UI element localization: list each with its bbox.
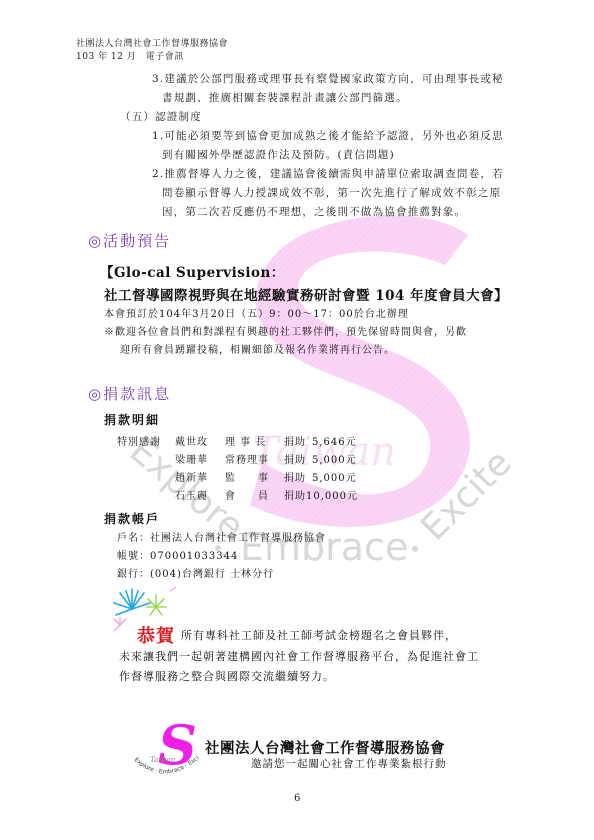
donation-thanks-label: 特別感謝	[117, 433, 161, 448]
donation-amount: 5,000元	[312, 469, 357, 484]
account-number: 帳號：070001033344	[117, 548, 238, 565]
events-section-title: ◎活動預告	[88, 230, 171, 251]
donor-role: 常務理事	[225, 451, 269, 466]
event-title-line1: 【Glo-cal Supervision：	[100, 261, 285, 281]
svg-text:Taiwan: Taiwan	[150, 756, 176, 764]
section5-title: （五）認證制度	[120, 108, 202, 126]
donor-name: 梁珊華	[175, 451, 208, 466]
item1-line2: 到有關國外學歷認證作法及預防。(責信問題)	[162, 146, 395, 164]
donation-details-title: 捐款明細	[104, 411, 160, 428]
document-page: 社團法人台灣社會工作督導服務協會 103 年 12 月 電子會訊 3.建議於公部…	[0, 0, 594, 840]
item2-line1: 2.推薦督導人力之後，建議協會後續需與申請單位索取調查問卷，若	[152, 165, 504, 183]
donation-label: 捐助	[284, 433, 306, 448]
item3-line2: 書規劃、推廣相關套裝課程計畫讓公部門篩選。	[162, 89, 408, 107]
donation-label: 捐助	[284, 451, 306, 466]
donation-amount: 10,000元	[306, 487, 358, 502]
item3-line1: 3.建議於公部門服務或理事長有察覺國家政策方向，可由理事長或秘	[152, 70, 504, 88]
event-note-line1: ※歡迎各位會員們和對課程有興趣的社工夥伴們，預先保留時間與會，另歡	[104, 324, 467, 341]
congrats-highlight: 恭賀	[137, 622, 175, 648]
item2-line3: 因，第二次若反應仍不理想，之後則不做為協會推薦對象。	[162, 203, 466, 221]
item1-line1: 1.可能必須要等到協會更加成熟之後才能給予認證，另外也必須反思	[152, 127, 504, 145]
donations-section-title: ◎捐款訊息	[88, 383, 171, 404]
donor-role: 監 事	[225, 469, 269, 484]
footer-slogan: 邀請您一起關心社會工作專業紮根行動	[251, 756, 447, 771]
congrats-line3: 作督導服務之整合與國際交流繼續努力。	[119, 668, 335, 684]
donation-amount: 5,000元	[312, 451, 357, 466]
item2-line2: 問卷顯示督導人力授課成效不彰，第一次先進行了解成效不彰之原	[162, 184, 501, 202]
donor-name: 石玉麗	[175, 487, 208, 502]
donation-amount: 5,646元	[312, 433, 357, 448]
account-name: 戶名：社團法人台灣社會工作督導服務協會	[117, 530, 326, 547]
donor-role: 理 事 長	[225, 433, 266, 448]
donor-name: 戴世玫	[175, 433, 208, 448]
header-org-name: 社團法人台灣社會工作督導服務協會	[76, 38, 228, 51]
donation-label: 捐助	[284, 469, 306, 484]
donor-name: 趙新華	[175, 469, 208, 484]
association-logo: S Taiwan Explore · Embrace · Excite	[130, 718, 205, 780]
event-title-line2: 社工督導國際視野與在地經驗實務研討會暨 104 年度會員大會】	[104, 284, 508, 304]
footer-org-name: 社團法人台灣社會工作督導服務協會	[205, 737, 445, 758]
donation-account-title: 捐款帳戶	[104, 510, 160, 527]
event-schedule: 本會預訂於104年3月20日（五）9：00～17：00於台北辦理	[104, 306, 409, 323]
donation-label: 捐助	[284, 487, 306, 502]
congrats-line2: 未來讓我們一起朝著建構國內社會工作督導服務平台，為促進社會工	[119, 648, 479, 664]
header-issue: 103 年 12 月 電子會訊	[76, 51, 184, 64]
congrats-line1: 所有專科社工師及社工師考試金榜題名之會員夥伴，	[181, 627, 457, 643]
event-note-line2: 迎所有會員踴躍投稿，相關細節及報名作業將再行公告。	[120, 342, 395, 359]
donor-role: 會 員	[225, 487, 269, 502]
account-bank: 銀行：(004)台灣銀行 士林分行	[117, 566, 274, 583]
page-number: 6	[294, 793, 300, 804]
